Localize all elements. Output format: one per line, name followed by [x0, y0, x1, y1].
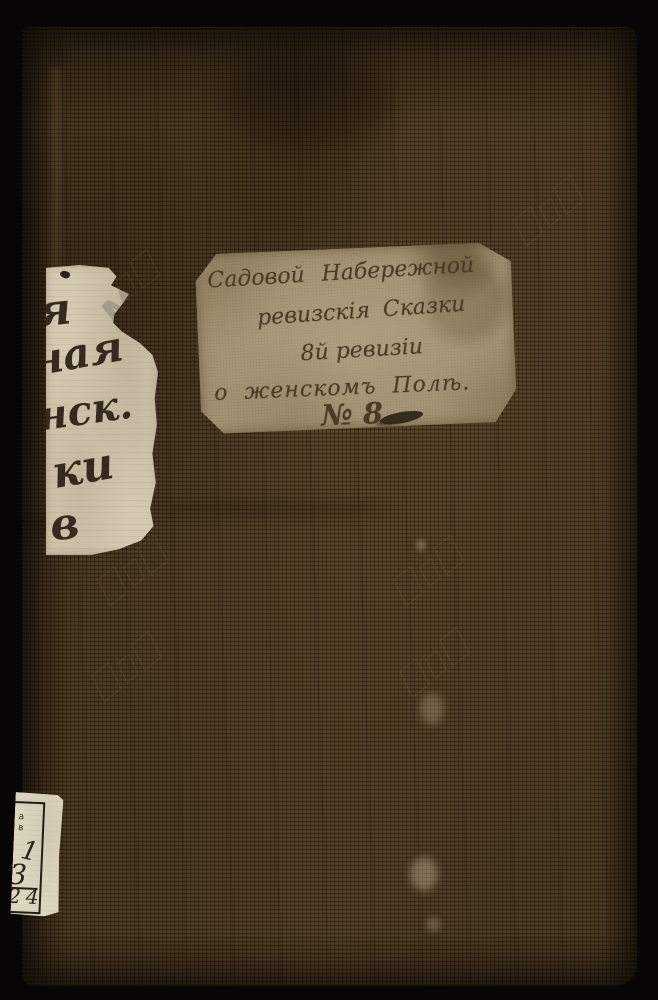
- spine-fragment-4: ки: [48, 438, 118, 499]
- inventory-printed-fragment-2: в: [18, 823, 24, 833]
- title-line-1: Садовой Набережной: [207, 253, 475, 294]
- inventory-entry-3: 24: [8, 884, 44, 910]
- inventory-printed-fragment-1: а: [18, 812, 24, 822]
- title-line-3: 8й ревизіи: [300, 334, 424, 366]
- scan-background: Садовой Набережной ревизскія Сказки 8й р…: [0, 0, 658, 1000]
- ink-mark: [59, 270, 71, 280]
- book-cover: Садовой Набережной ревизскія Сказки 8й р…: [22, 27, 637, 986]
- spine-fragment-3: нск.: [35, 381, 135, 441]
- inventory-label: а в 1 3 24: [10, 792, 63, 917]
- title-number: № 8: [321, 396, 384, 433]
- spine-fragment-5: в: [47, 498, 81, 552]
- title-line-2: ревизскія Сказки: [256, 292, 466, 331]
- ink-smudge: [379, 408, 424, 427]
- title-label: Садовой Набережной ревизскія Сказки 8й р…: [194, 241, 517, 434]
